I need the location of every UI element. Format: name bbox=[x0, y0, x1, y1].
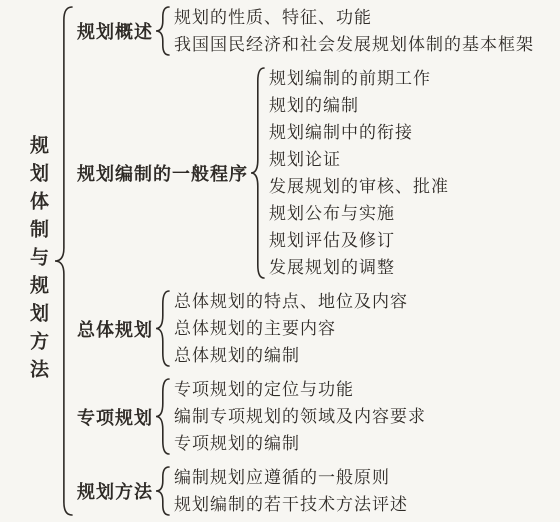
leaf-item: 编制规划应遵循的一般原则 bbox=[174, 464, 408, 491]
branch-curly-brace bbox=[155, 466, 170, 516]
leaf-item: 规划论证 bbox=[269, 146, 449, 173]
leaf-item: 规划公布与实施 bbox=[269, 200, 449, 227]
leaf-item: 规划编制中的衔接 bbox=[269, 119, 449, 146]
leaf-item: 总体规划的特点、地位及内容 bbox=[174, 288, 408, 315]
branch-label: 规划方法 bbox=[77, 478, 153, 504]
branch-label: 规划概述 bbox=[77, 18, 153, 44]
branch: 规划概述 规划的性质、特征、功能我国国民经济和社会发展规划体制的基本框架 bbox=[74, 4, 534, 58]
branch: 专项规划 专项规划的定位与功能编制专项规划的领域及内容要求专项规划的编制 bbox=[74, 376, 534, 457]
scanned-bracket-diagram: 规划体制与规划方法 规划概述 规划的性质、特征、功能我国国民经济和社会发展规划体… bbox=[0, 0, 560, 522]
leaf-item: 总体规划的主要内容 bbox=[174, 315, 408, 342]
bracket-tree: 规划体制与规划方法 规划概述 规划的性质、特征、功能我国国民经济和社会发展规划体… bbox=[0, 0, 560, 522]
root-curly-brace bbox=[54, 6, 73, 516]
branch-list: 规划概述 规划的性质、特征、功能我国国民经济和社会发展规划体制的基本框架 规划编… bbox=[74, 4, 534, 518]
leaf-item: 规划评估及修订 bbox=[269, 227, 449, 254]
leaf-item: 总体规划的编制 bbox=[174, 342, 408, 369]
branch-curly-brace bbox=[155, 6, 170, 56]
branch-curly-brace bbox=[155, 290, 170, 367]
root-title: 规划体制与规划方法 bbox=[22, 135, 52, 387]
leaf-list: 专项规划的定位与功能编制专项规划的领域及内容要求专项规划的编制 bbox=[174, 376, 426, 457]
leaf-item: 专项规划的定位与功能 bbox=[174, 376, 426, 403]
leaf-item: 规划编制的前期工作 bbox=[269, 65, 449, 92]
leaf-item: 规划编制的若干技术方法评述 bbox=[174, 491, 408, 518]
leaf-list: 总体规划的特点、地位及内容总体规划的主要内容总体规划的编制 bbox=[174, 288, 408, 369]
leaf-item: 发展规划的调整 bbox=[269, 254, 449, 281]
leaf-item: 规划的编制 bbox=[269, 92, 449, 119]
branch: 总体规划 总体规划的特点、地位及内容总体规划的主要内容总体规划的编制 bbox=[74, 288, 534, 369]
branch-label: 总体规划 bbox=[77, 316, 153, 342]
branch-label: 专项规划 bbox=[77, 404, 153, 430]
leaf-list: 规划的性质、特征、功能我国国民经济和社会发展规划体制的基本框架 bbox=[174, 4, 534, 58]
leaf-item: 我国国民经济和社会发展规划体制的基本框架 bbox=[174, 31, 534, 58]
leaf-list: 编制规划应遵循的一般原则规划编制的若干技术方法评述 bbox=[174, 464, 408, 518]
leaf-list: 规划编制的前期工作规划的编制规划编制中的衔接规划论证发展规划的审核、批准规划公布… bbox=[269, 65, 449, 281]
branch: 规划编制的一般程序 规划编制的前期工作规划的编制规划编制中的衔接规划论证发展规划… bbox=[74, 65, 534, 281]
leaf-item: 发展规划的审核、批准 bbox=[269, 173, 449, 200]
branch-label: 规划编制的一般程序 bbox=[77, 160, 248, 186]
leaf-item: 编制专项规划的领域及内容要求 bbox=[174, 403, 426, 430]
branch-curly-brace bbox=[250, 67, 265, 279]
branch-curly-brace bbox=[155, 378, 170, 455]
leaf-item: 规划的性质、特征、功能 bbox=[174, 4, 534, 31]
leaf-item: 专项规划的编制 bbox=[174, 430, 426, 457]
branch: 规划方法 编制规划应遵循的一般原则规划编制的若干技术方法评述 bbox=[74, 464, 534, 518]
